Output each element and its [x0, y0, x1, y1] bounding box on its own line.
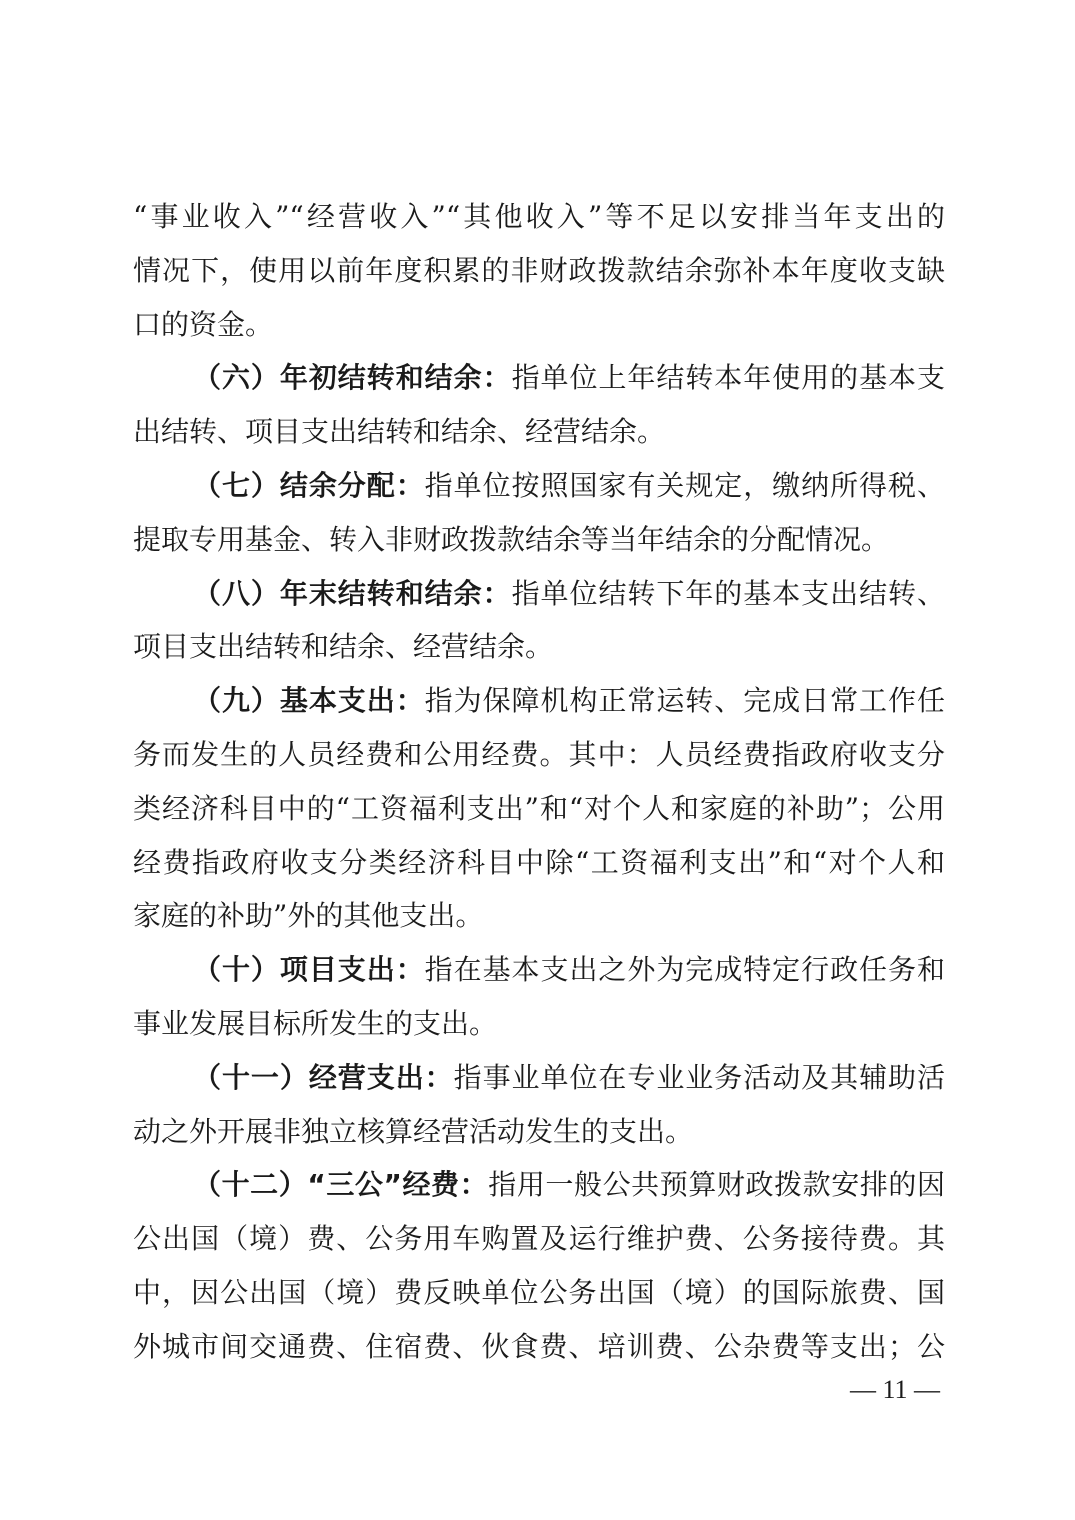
section-12-text: 指用一般公共预算财政拨款安排的因	[488, 1168, 945, 1201]
text-line: 务而发生的人员经费和公用经费。其中：人员经费指政府收支分	[133, 728, 945, 782]
section-11-heading: （十一）经营支出：	[193, 1061, 454, 1094]
section-10-heading: （十）项目支出：	[193, 953, 425, 986]
section-10-text: 指在基本支出之外为完成特定行政任务和	[425, 953, 945, 986]
text-line: 事业发展目标所发生的支出。	[133, 997, 945, 1051]
text-line: 外城市间交通费、住宿费、伙食费、培训费、公杂费等支出；公	[133, 1320, 945, 1374]
section-11-text: 指事业单位在专业业务活动及其辅助活	[454, 1061, 945, 1094]
text-line: “事业收入”“经营收入”“其他收入”等不足以安排当年支出的	[133, 190, 945, 244]
text-line: 口的资金。	[133, 298, 945, 352]
section-6-line: （六）年初结转和结余：指单位上年结转本年使用的基本支	[133, 351, 945, 405]
text-line: 经费指政府收支分类经济科目中除“工资福利支出”和“对个人和	[133, 836, 945, 890]
text-line: 出结转、项目支出结转和结余、经营结余。	[133, 405, 945, 459]
text-line: 情况下，使用以前年度积累的非财政拨款结余弥补本年度收支缺	[133, 244, 945, 298]
text-line: 提取专用基金、转入非财政拨款结余等当年结余的分配情况。	[133, 513, 945, 567]
section-9-text: 指为保障机构正常运转、完成日常工作任	[425, 684, 945, 717]
text-line: 家庭的补助”外的其他支出。	[133, 889, 945, 943]
text-line: 中，因公出国（境）费反映单位公务出国（境）的国际旅费、国	[133, 1266, 945, 1320]
text-line: 项目支出结转和结余、经营结余。	[133, 620, 945, 674]
section-8-heading: （八）年末结转和结余：	[193, 577, 512, 610]
section-7-heading: （七）结余分配：	[193, 469, 425, 502]
section-11-line: （十一）经营支出：指事业单位在专业业务活动及其辅助活	[133, 1051, 945, 1105]
document-body: “事业收入”“经营收入”“其他收入”等不足以安排当年支出的 情况下，使用以前年度…	[133, 190, 945, 1374]
section-6-text: 指单位上年结转本年使用的基本支	[512, 361, 945, 394]
section-8-line: （八）年末结转和结余：指单位结转下年的基本支出结转、	[133, 567, 945, 621]
section-10-line: （十）项目支出：指在基本支出之外为完成特定行政任务和	[133, 943, 945, 997]
section-8-text: 指单位结转下年的基本支出结转、	[512, 577, 945, 610]
section-12-line: （十二）“三公”经费：指用一般公共预算财政拨款安排的因	[133, 1158, 945, 1212]
section-12-heading: （十二）“三公”经费：	[193, 1168, 488, 1201]
section-7-text: 指单位按照国家有关规定，缴纳所得税、	[425, 469, 945, 502]
section-7-line: （七）结余分配：指单位按照国家有关规定，缴纳所得税、	[133, 459, 945, 513]
text-line: 类经济科目中的“工资福利支出”和“对个人和家庭的补助”；公用	[133, 782, 945, 836]
section-9-line: （九）基本支出：指为保障机构正常运转、完成日常工作任	[133, 674, 945, 728]
text-line: 动之外开展非独立核算经营活动发生的支出。	[133, 1105, 945, 1159]
section-9-heading: （九）基本支出：	[193, 684, 425, 717]
page-number: — 11 —	[840, 1375, 950, 1405]
section-6-heading: （六）年初结转和结余：	[193, 361, 512, 394]
text-line: 公出国（境）费、公务用车购置及运行维护费、公务接待费。其	[133, 1212, 945, 1266]
